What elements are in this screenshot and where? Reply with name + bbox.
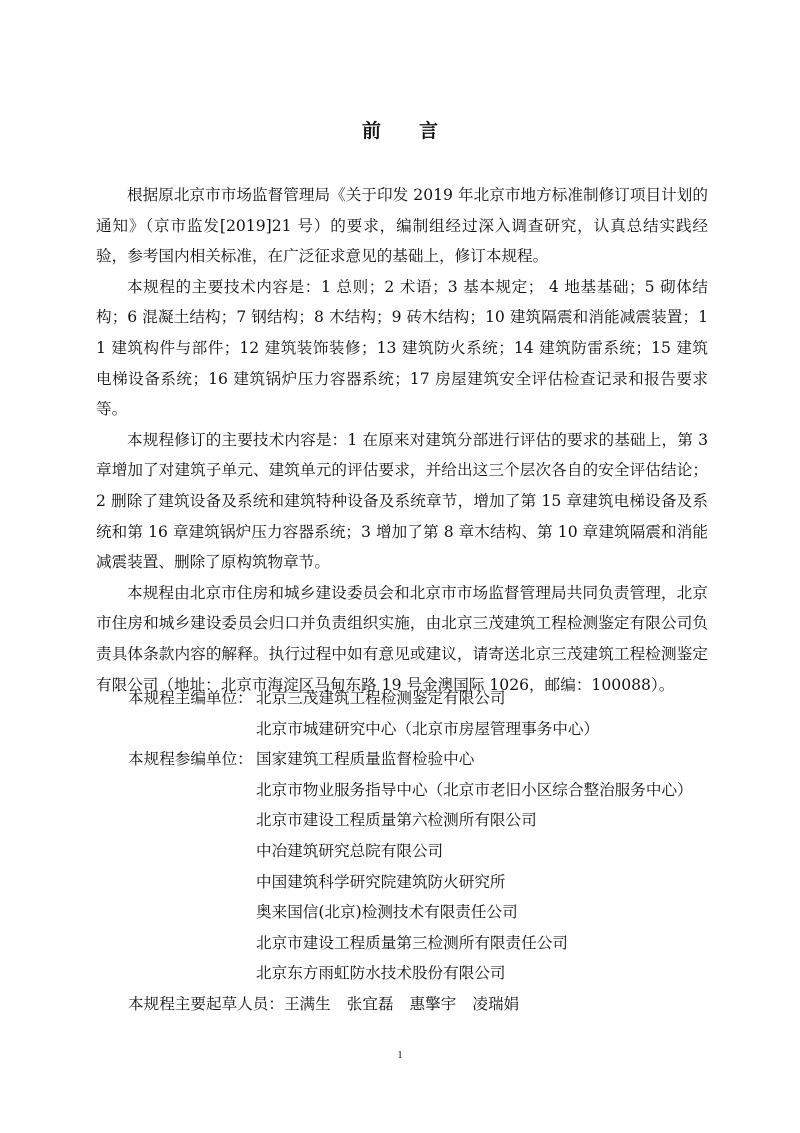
label-spacer xyxy=(128,928,256,959)
participating-unit-row: 中国建筑科学研究院建筑防火研究所 xyxy=(128,867,693,898)
participating-unit-row: 中冶建筑研究总院有限公司 xyxy=(128,836,693,867)
participating-unit-name: 中国建筑科学研究院建筑防火研究所 xyxy=(256,867,506,898)
paragraph-background: 根据原北京市市场监督管理局《关于印发 2019 年北京市地方标准制修订项目计划的… xyxy=(96,180,708,272)
preface-body: 根据原北京市市场监督管理局《关于印发 2019 年北京市地方标准制修订项目计划的… xyxy=(96,180,708,700)
chief-unit-name: 北京市城建研究中心（北京市房屋管理事务中心） xyxy=(256,714,599,745)
label-spacer xyxy=(128,775,256,806)
participating-unit-name: 奥来国信(北京)检测技术有限责任公司 xyxy=(256,897,518,928)
units-section: 本规程主编单位： 北京三茂建筑工程检测鉴定有限公司 北京市城建研究中心（北京市房… xyxy=(128,683,693,1020)
participating-unit-name: 北京市建设工程质量第三检测所有限责任公司 xyxy=(256,928,568,959)
drafter-name: 惠擎宇 xyxy=(410,989,457,1020)
label-spacer xyxy=(128,836,256,867)
participating-unit-name: 北京东方雨虹防水技术股份有限公司 xyxy=(256,958,506,989)
chief-units-label: 本规程主编单位： xyxy=(128,683,256,714)
chief-unit-row: 北京市城建研究中心（北京市房屋管理事务中心） xyxy=(128,714,693,745)
page-title: 前言 xyxy=(0,116,800,143)
label-spacer xyxy=(128,867,256,898)
chief-unit-name: 北京三茂建筑工程检测鉴定有限公司 xyxy=(256,683,506,714)
participating-unit-row: 北京市建设工程质量第六检测所有限公司 xyxy=(128,805,693,836)
participating-unit-row: 北京东方雨虹防水技术股份有限公司 xyxy=(128,958,693,989)
label-spacer xyxy=(128,958,256,989)
participating-unit-row: 北京市物业服务指导中心（北京市老旧小区综合整治服务中心） xyxy=(128,775,693,806)
participating-unit-row: 北京市建设工程质量第三检测所有限责任公司 xyxy=(128,928,693,959)
label-spacer xyxy=(128,897,256,928)
chief-unit-row: 本规程主编单位： 北京三茂建筑工程检测鉴定有限公司 xyxy=(128,683,693,714)
participating-unit-row: 本规程参编单位： 国家建筑工程质量监督检验中心 xyxy=(128,744,693,775)
participating-unit-name: 北京市物业服务指导中心（北京市老旧小区综合整治服务中心） xyxy=(256,775,693,806)
page-title-char-2: 言 xyxy=(419,116,438,143)
participating-unit-name: 北京市建设工程质量第六检测所有限公司 xyxy=(256,805,537,836)
drafter-name: 王满生 xyxy=(284,989,331,1020)
paragraph-revision-contents: 本规程修订的主要技术内容是：1 在原来对建筑分部进行评估的要求的基础上，第 3 … xyxy=(96,425,708,578)
label-spacer xyxy=(128,805,256,836)
drafter-name: 张宜磊 xyxy=(347,989,394,1020)
page-title-char-1: 前 xyxy=(362,116,381,143)
paragraph-management: 本规程由北京市住房和城乡建设委员会和北京市市场监督管理局共同负责管理，北京市住房… xyxy=(96,578,708,700)
participating-unit-name: 国家建筑工程质量监督检验中心 xyxy=(256,744,474,775)
paragraph-main-contents: 本规程的主要技术内容是：1 总则；2 术语；3 基本规定； 4 地基基础；5 砌… xyxy=(96,272,708,425)
participating-unit-row: 奥来国信(北京)检测技术有限责任公司 xyxy=(128,897,693,928)
drafters-row: 本规程主要起草人员： 王满生 张宜磊 惠擎宇 凌瑞娟 xyxy=(128,989,693,1020)
participating-unit-name: 中冶建筑研究总院有限公司 xyxy=(256,836,443,867)
label-spacer xyxy=(128,714,256,745)
participating-units-label: 本规程参编单位： xyxy=(128,744,256,775)
drafters-label: 本规程主要起草人员： xyxy=(128,989,284,1020)
drafter-name: 凌瑞娟 xyxy=(472,989,519,1020)
page-number: 1 xyxy=(0,1049,800,1061)
